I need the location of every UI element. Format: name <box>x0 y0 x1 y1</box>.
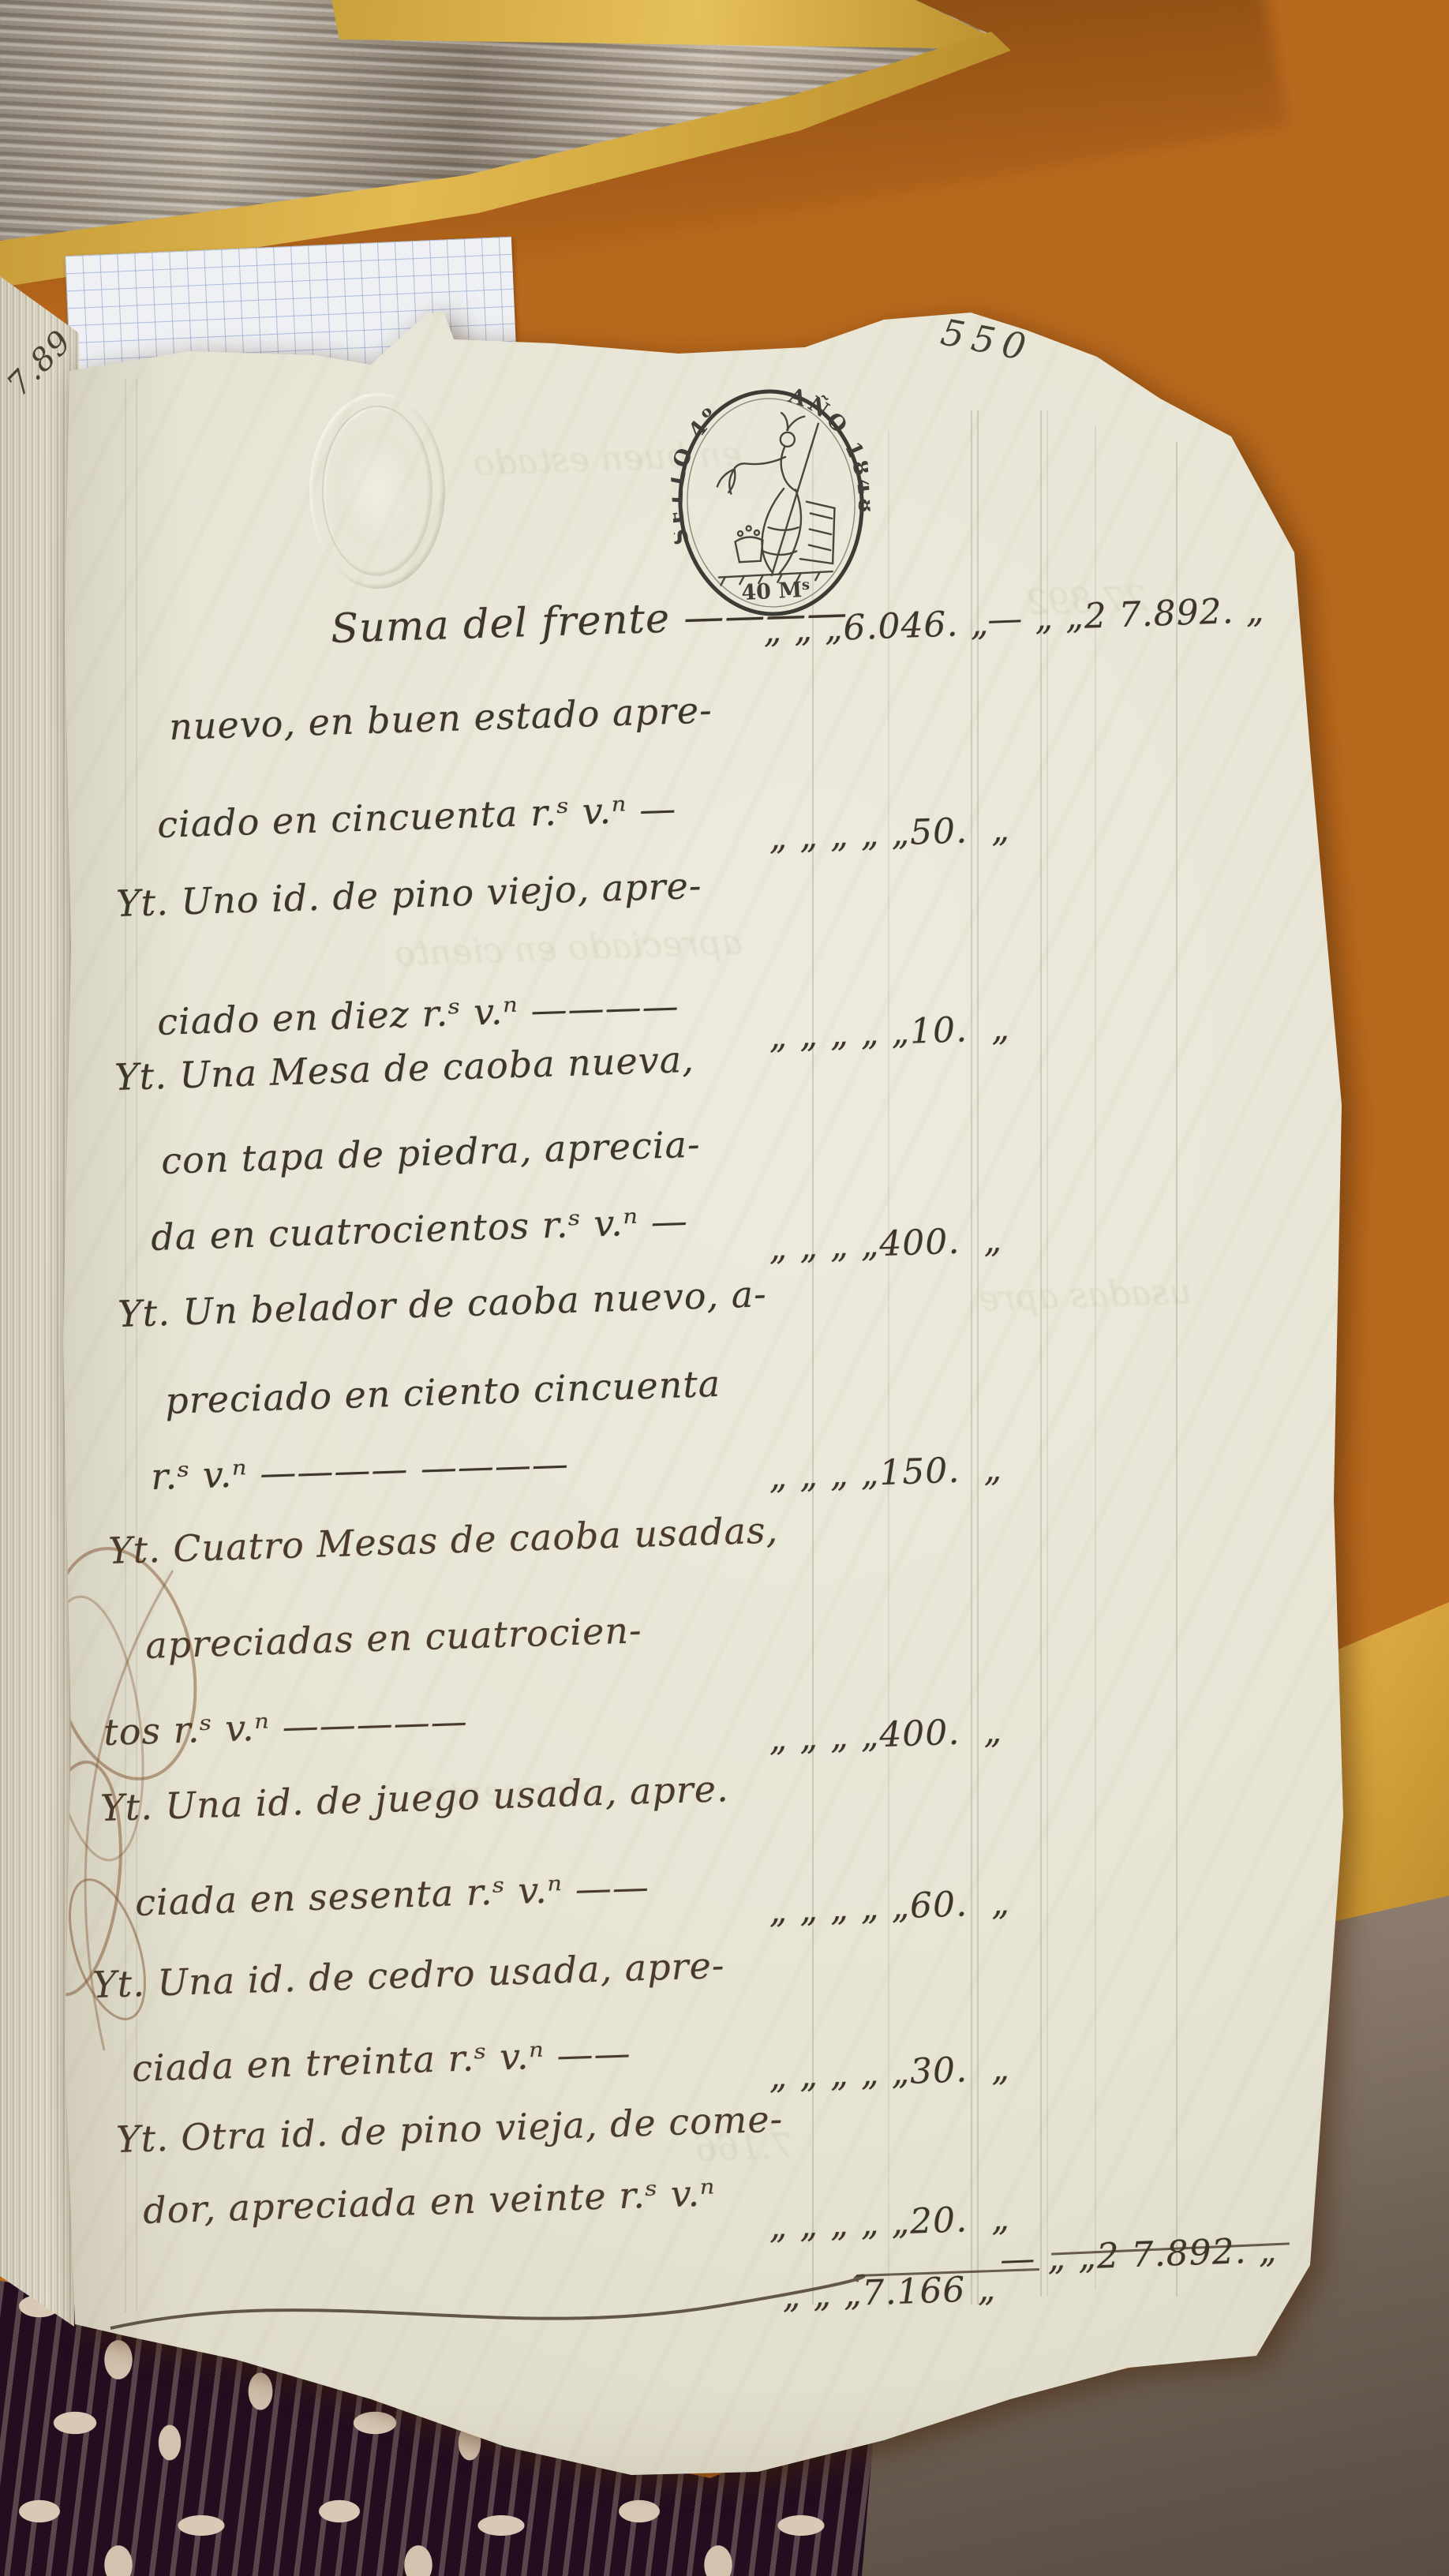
amount-col1: „ „ „ „ „50. „ <box>768 812 1010 856</box>
total-col1: „ „ „7.166 „ <box>781 2272 996 2314</box>
column-rule <box>1095 426 1096 2289</box>
amount-col1: „ „ „6.046. „ <box>762 606 989 649</box>
embossed-seal-ring <box>322 406 432 576</box>
amount-col1: „ „ „ „ „60. „ <box>768 1885 1010 1929</box>
column-rule <box>1040 410 1042 2297</box>
photo-scene: 7.89 en buen estado 27.892 apreciado en … <box>0 0 1449 2576</box>
column-rule <box>1046 410 1048 2297</box>
ink-flourish <box>11 1539 232 2076</box>
column-rule <box>812 442 814 2305</box>
bleedthrough-text: usadas apre <box>978 1275 1192 1316</box>
amount-col1: „ „ „ „ „20. „ <box>768 2201 1010 2245</box>
column-rule <box>977 410 979 2305</box>
total-col2: — „ „2 7.892. „ <box>999 2233 1278 2278</box>
amount-col1: „ „ „ „ „30. „ <box>768 2051 1010 2095</box>
column-rule <box>1176 442 1178 2297</box>
amount-col1: „ „ „ „ „10. „ <box>768 1011 1010 1054</box>
amount-col1: „ „ „ „150. „ <box>768 1452 1002 1495</box>
column-rule <box>888 430 889 2308</box>
amount-col2: — „ „2 7.892. „ <box>987 593 1265 638</box>
manuscript-page: en buen estado 27.892 apreciado en cient… <box>0 0 1449 2576</box>
column-rule <box>971 410 972 2305</box>
amount-col1: „ „ „ „400. „ <box>768 1223 1002 1266</box>
manuscript-page-wrap: en buen estado 27.892 apreciado en cient… <box>0 0 1449 2576</box>
amount-col1: „ „ „ „400. „ <box>768 1714 1002 1757</box>
embossed-seal <box>309 393 445 589</box>
